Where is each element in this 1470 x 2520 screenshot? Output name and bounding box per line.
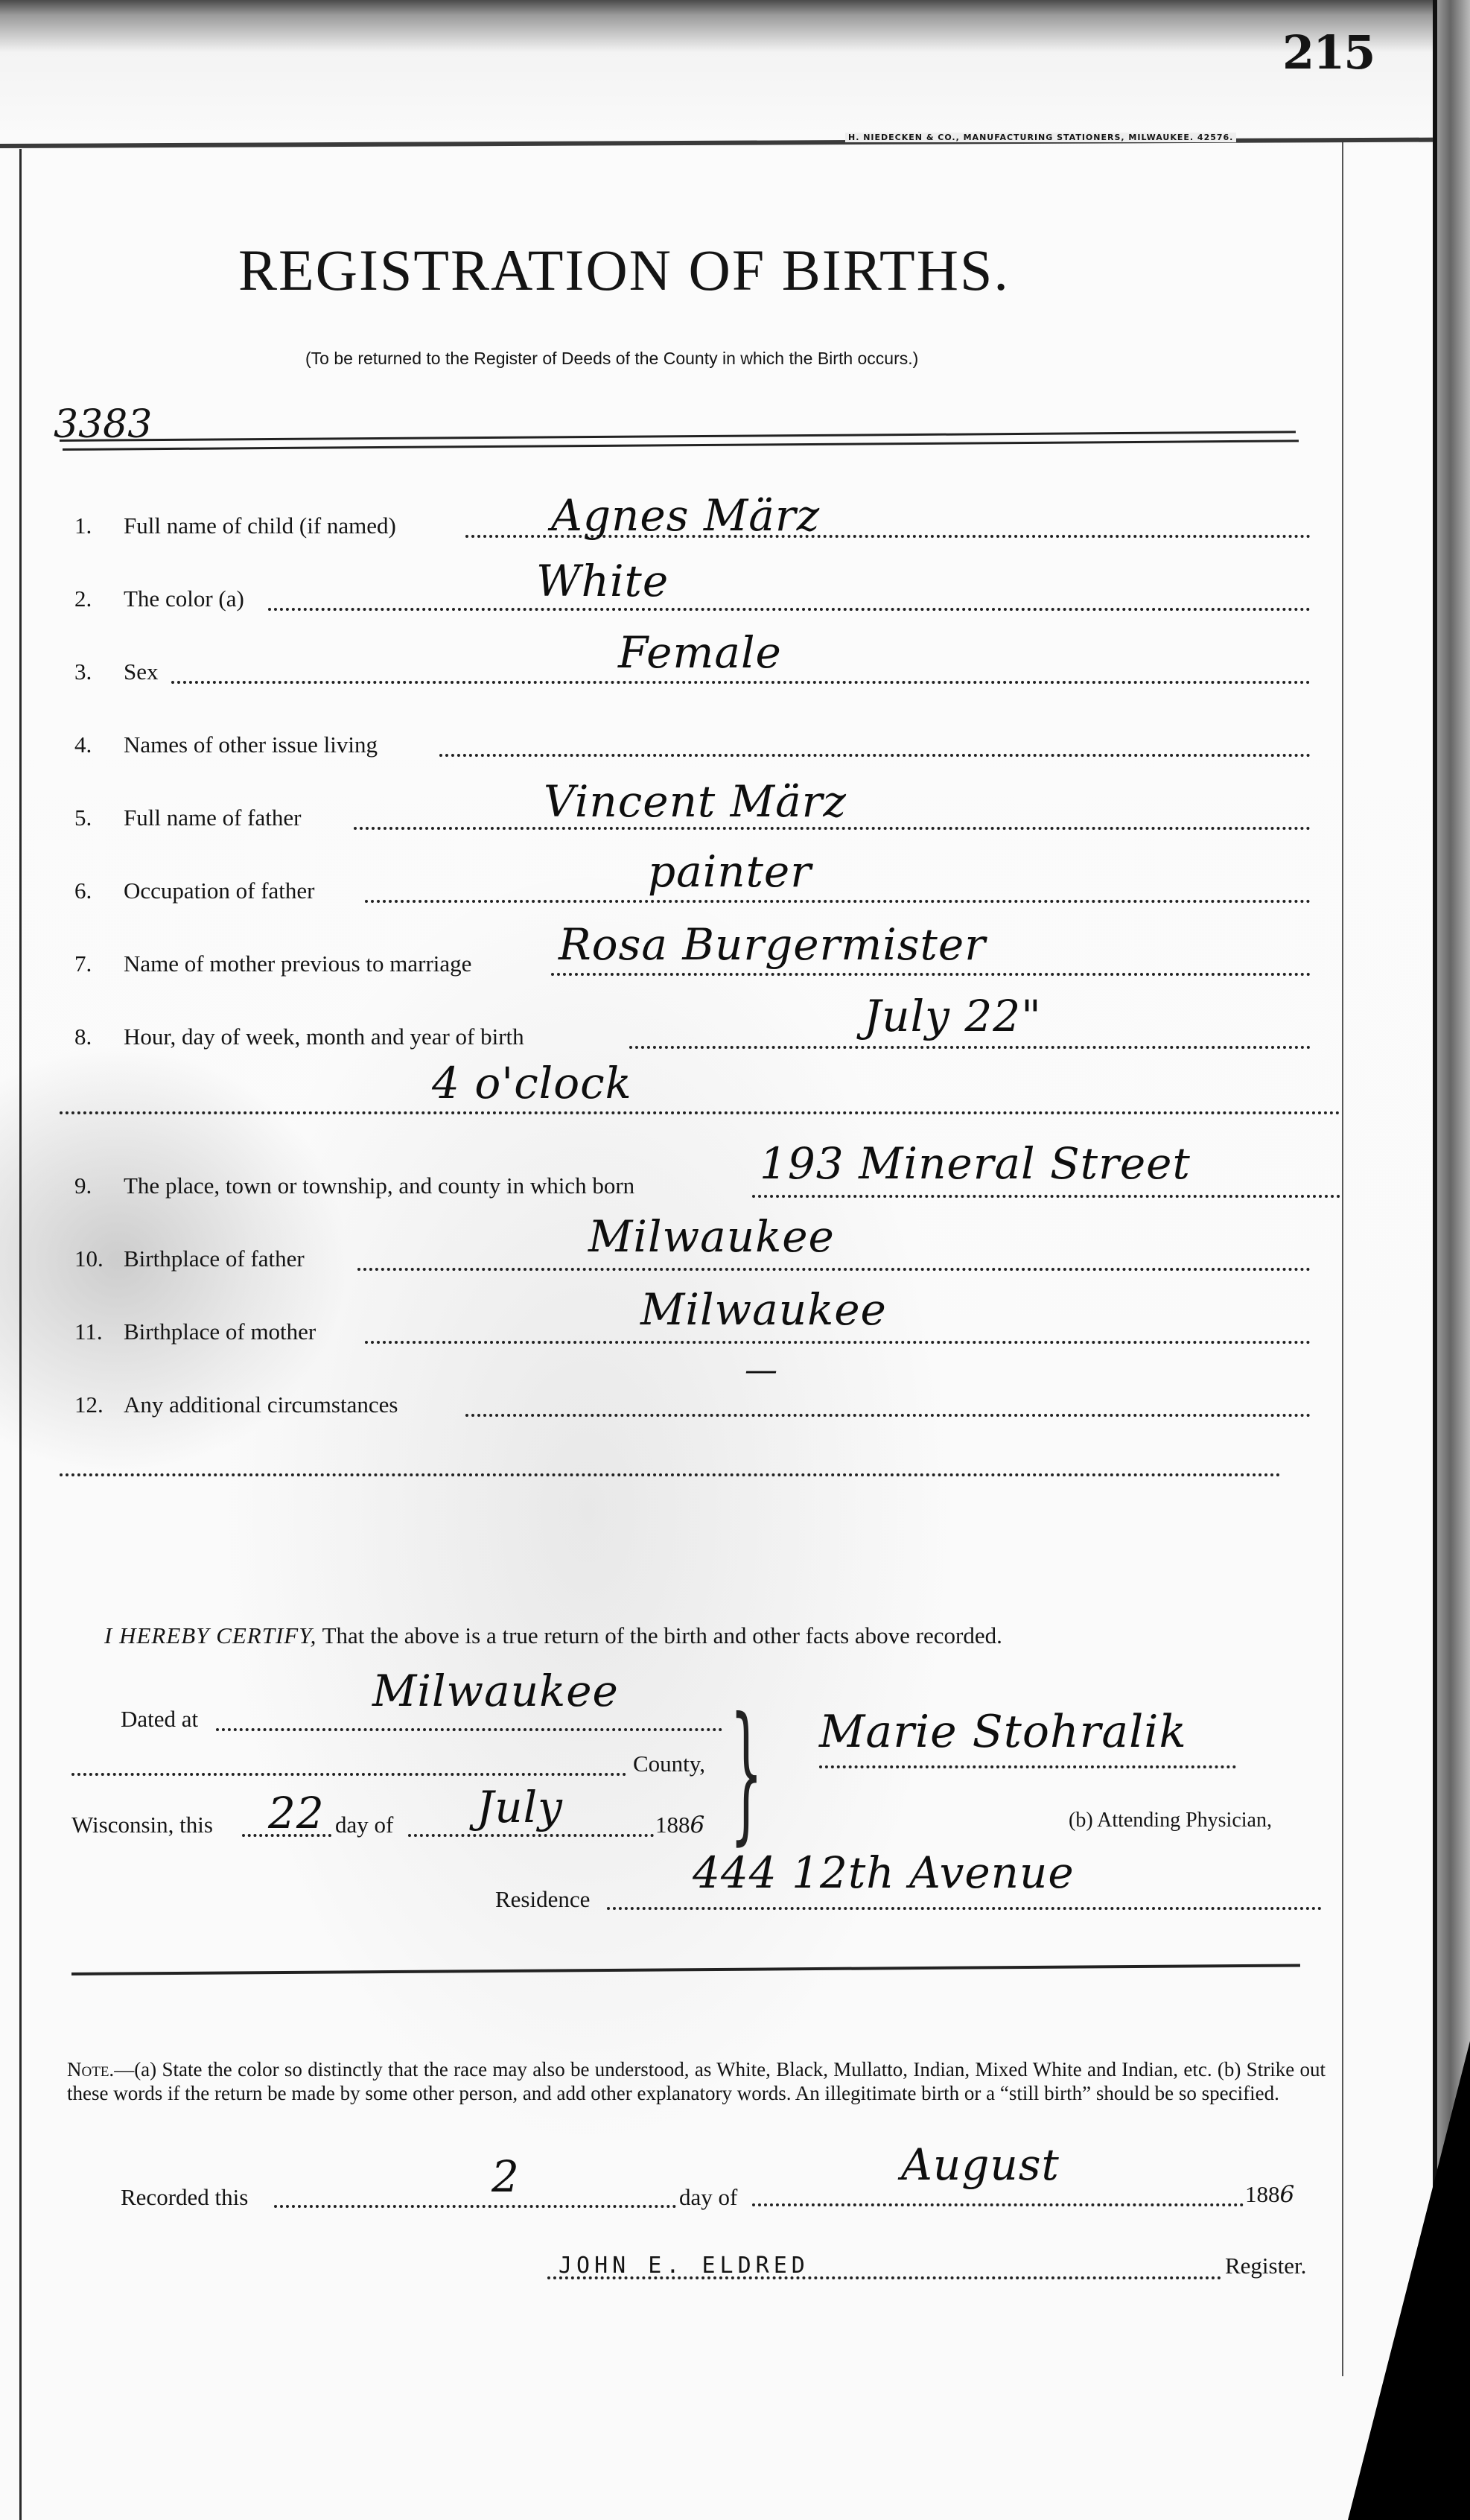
form-note: Note.—(a) State the color so distinctly … (67, 2057, 1326, 2105)
field-number: 11. (74, 1318, 124, 1345)
residence-label: Residence (495, 1886, 590, 1913)
field-line (465, 1414, 1311, 1417)
register-name-stamp: JOHN E. ELDRED (559, 2253, 809, 2279)
recorded-this-label: Recorded this (121, 2184, 248, 2211)
field-label: Hour, day of week, month and year of bir… (124, 1023, 524, 1050)
field-number: 3. (74, 658, 124, 685)
dated-at-line (216, 1728, 722, 1731)
left-margin-rule (19, 149, 22, 2520)
field-color: 2.The color (a) White (74, 572, 1311, 617)
certification-brace: } (730, 1698, 763, 1847)
corner-shadow (1348, 2041, 1470, 2520)
field-line (171, 681, 1311, 684)
field-value[interactable]: Agnes März (551, 490, 820, 541)
field-label: Full name of child (if named) (124, 512, 396, 539)
field-number: 10. (74, 1245, 124, 1272)
county-label: County, (633, 1751, 705, 1777)
field-line (629, 1046, 1311, 1049)
certification-statement: I HEREBY CERTIFY, That the above is a tr… (104, 1622, 1002, 1649)
recorded-year-suffix[interactable]: 6 (1280, 2181, 1295, 2208)
field-label: Name of mother previous to marriage (124, 950, 471, 977)
residence-line (607, 1907, 1322, 1910)
header-rule-bottom (63, 439, 1299, 451)
field-label: Sex (124, 658, 159, 685)
field-value[interactable]: Vincent März (544, 776, 847, 827)
field-father-name: 5.Full name of father Vincent März (74, 791, 1311, 836)
note-text: —(a) State the color so distinctly that … (67, 2058, 1326, 2104)
field-line (752, 1195, 1340, 1198)
physician-signature-line (819, 1765, 1236, 1768)
field-father-occupation: 6.Occupation of father painter (74, 864, 1311, 909)
field-line (551, 973, 1311, 976)
field-value[interactable]: painter (648, 846, 812, 897)
physician-signature[interactable]: Marie Stohralik (819, 1706, 1187, 1758)
field-number: 12. (74, 1391, 124, 1418)
field-label: Birthplace of mother (124, 1318, 316, 1345)
recorded-month-value[interactable]: August (901, 2139, 1060, 2190)
field-mother-birthplace: 11.Birthplace of mother Milwaukee (74, 1305, 1311, 1350)
cert-year-prefix: 188 (655, 1812, 690, 1838)
field-number: 8. (74, 1023, 124, 1050)
right-margin-rule (1342, 142, 1343, 2376)
cert-day-of-label: day of (335, 1812, 393, 1838)
recorded-year-prefix: 188 (1245, 2181, 1280, 2207)
register-line (547, 2276, 1221, 2279)
field-value[interactable]: — (745, 1351, 778, 1389)
field-birth-datetime: 8.Hour, day of week, month and year of b… (74, 1010, 1311, 1055)
field-label: The color (a) (124, 585, 244, 612)
field-other-issue: 4.Names of other issue living (74, 718, 1311, 763)
form-subtitle: (To be returned to the Register of Deeds… (305, 349, 918, 369)
field-sex: 3.Sex Female (74, 645, 1311, 690)
residence-value[interactable]: 444 12th Avenue (693, 1847, 1075, 1898)
form-title: REGISTRATION OF BIRTHS. (238, 237, 1010, 304)
note-tag: Note. (67, 2058, 114, 2081)
header-rule-top (60, 431, 1296, 442)
field-number: 6. (74, 877, 124, 904)
field-additional-circumstances: 12.Any additional circumstances — (74, 1378, 1311, 1423)
field-number: 5. (74, 804, 124, 831)
page-number: 215 (1282, 25, 1374, 80)
field-number: 9. (74, 1172, 124, 1199)
field-number: 1. (74, 512, 124, 539)
cert-year-suffix[interactable]: 6 (690, 1812, 705, 1838)
printer-imprint: H. NIEDECKEN & CO., MANUFACTURING STATIO… (845, 133, 1236, 142)
field-label: The place, town or township, and county … (124, 1172, 634, 1199)
recorded-day-line (274, 2205, 676, 2208)
cert-month-line (408, 1834, 654, 1837)
field-line (357, 1268, 1311, 1271)
field-value[interactable]: Milwaukee (588, 1211, 835, 1262)
field-label: Names of other issue living (124, 731, 378, 758)
field-birth-continuation-line (60, 1111, 1340, 1114)
register-label: Register. (1225, 2253, 1306, 2279)
field-birth-hour-value[interactable]: 4 o'clock (432, 1058, 632, 1108)
wisconsin-this-label: Wisconsin, this (71, 1812, 213, 1838)
recorded-day-of-label: day of (679, 2184, 737, 2211)
field-value[interactable]: Milwaukee (640, 1284, 887, 1335)
dated-at-label: Dated at (121, 1706, 198, 1733)
field-number: 4. (74, 731, 124, 758)
field-label: Any additional circumstances (124, 1391, 398, 1418)
field-line (354, 827, 1311, 830)
field-number: 2. (74, 585, 124, 612)
field-label: Occupation of father (124, 877, 315, 904)
birth-registration-page: 215 H. NIEDECKEN & CO., MANUFACTURING ST… (0, 0, 1470, 2520)
certify-text: That the above is a true return of the b… (322, 1622, 1002, 1648)
county-line (71, 1773, 626, 1776)
dated-at-value[interactable]: Milwaukee (372, 1666, 619, 1716)
field-label: Birthplace of father (124, 1245, 305, 1272)
field-line (439, 754, 1311, 757)
cert-year-label: 1886 (655, 1812, 704, 1838)
field-mother-maiden-name: 7.Name of mother previous to marriage Ro… (74, 937, 1311, 982)
recorded-day-value[interactable]: 2 (491, 2151, 520, 2202)
section-divider (71, 1964, 1300, 1975)
field-value[interactable]: Rosa Burgermister (559, 919, 986, 970)
field-line (365, 900, 1311, 903)
field-line (268, 608, 1311, 611)
field-value[interactable]: White (536, 556, 669, 606)
physician-caption: (b) Attending Physician, (1069, 1809, 1272, 1832)
field-additional-continuation-line (60, 1473, 1281, 1476)
recorded-month-line (752, 2203, 1244, 2206)
field-value[interactable]: Female (618, 627, 782, 678)
field-child-name: 1.Full name of child (if named) Agnes Mä… (74, 499, 1311, 544)
field-father-birthplace: 10.Birthplace of father Milwaukee (74, 1232, 1311, 1277)
cert-month-value[interactable]: July (477, 1782, 563, 1832)
field-birth-place: 9.The place, town or township, and count… (74, 1159, 1311, 1204)
recorded-year-label: 1886 (1245, 2181, 1294, 2208)
field-line (365, 1341, 1311, 1344)
field-number: 7. (74, 950, 124, 977)
certify-lead: I HEREBY CERTIFY, (104, 1622, 316, 1648)
cert-day-value[interactable]: 22 (268, 1788, 325, 1838)
field-value[interactable]: 193 Mineral Street (760, 1138, 1191, 1189)
field-label: Full name of father (124, 804, 301, 831)
field-value[interactable]: July 22" (864, 991, 1042, 1041)
